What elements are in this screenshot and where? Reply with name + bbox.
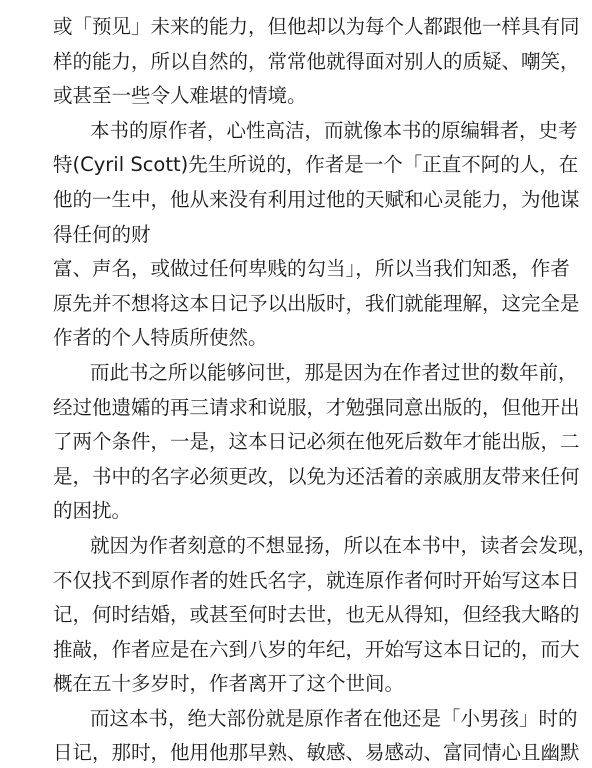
text-line: 或「预见」未来的能力，但他却以为每个人都跟他一样具有同 [53, 10, 552, 45]
text-line: 得任何的财 [53, 218, 552, 253]
paragraph: 或「预见」未来的能力，但他却以为每个人都跟他一样具有同 样的能力，所以自然的，常… [53, 10, 552, 114]
text-line: 推敲，作者应是在六到八岁的年纪，开始写这本日记的，而大 [53, 633, 552, 668]
paragraph: 而此书之所以能够问世，那是因为在作者过世的数年前， 经过他遗孀的再三请求和说服，… [53, 356, 552, 529]
text-line: 特(Cyril Scott)先生所说的，作者是一个「正直不阿的人，在 [53, 148, 552, 183]
text-line: 概在五十多岁时，作者离开了这个世间。 [53, 667, 552, 702]
text-line: 记，何时结婚，或甚至何时去世，也无从得知，但经我大略的 [53, 598, 552, 633]
document-page: 或「预见」未来的能力，但他却以为每个人都跟他一样具有同 样的能力，所以自然的，常… [53, 10, 552, 768]
text-line: 样的能力，所以自然的，常常他就得面对别人的质疑、嘲笑， [53, 45, 552, 80]
text-line: 的困扰。 [53, 494, 552, 529]
paragraph: 就因为作者刻意的不想显扬，所以在本书中，读者会发现， 不仅找不到原作者的姓氏名字… [53, 529, 552, 702]
text-line: 本书的原作者，心性高洁，而就像本书的原编辑者，史考 [53, 114, 552, 149]
paragraph: 富、声名，或做过任何卑贱的勾当」，所以当我们知悉，作者 原先并不想将这本日记予以… [53, 252, 552, 356]
text-line: 了两个条件，一是，这本日记必须在他死后数年才能出版，二 [53, 425, 552, 460]
text-line: 作者的个人特质所使然。 [53, 321, 552, 356]
text-line: 不仅找不到原作者的姓氏名字，就连原作者何时开始写这本日 [53, 564, 552, 599]
text-line: 或甚至一些令人难堪的情境。 [53, 79, 552, 114]
text-line: 而这本书，绝大部份就是原作者在他还是「小男孩」时的 [53, 702, 552, 737]
paragraph: 而这本书，绝大部份就是原作者在他还是「小男孩」时的 日记，那时，他用他那早熟、敏… [53, 702, 552, 768]
text-line: 富、声名，或做过任何卑贱的勾当」，所以当我们知悉，作者 [53, 252, 552, 287]
text-line: 原先并不想将这本日记予以出版时，我们就能理解，这完全是 [53, 287, 552, 322]
paragraph: 本书的原作者，心性高洁，而就像本书的原编辑者，史考 特(Cyril Scott)… [53, 114, 552, 252]
text-line: 是，书中的名字必须更改，以免为还活着的亲戚朋友带来任何 [53, 460, 552, 495]
text-line: 经过他遗孀的再三请求和说服，才勉强同意出版的，但他开出 [53, 391, 552, 426]
text-line: 而此书之所以能够问世，那是因为在作者过世的数年前， [53, 356, 552, 391]
text-line: 就因为作者刻意的不想显扬，所以在本书中，读者会发现， [53, 529, 552, 564]
text-line: 日记，那时，他用他那早熟、敏感、易感动、富同情心且幽默 [53, 736, 552, 768]
text-line: 他的一生中，他从来没有利用过他的天赋和心灵能力，为他谋 [53, 183, 552, 218]
